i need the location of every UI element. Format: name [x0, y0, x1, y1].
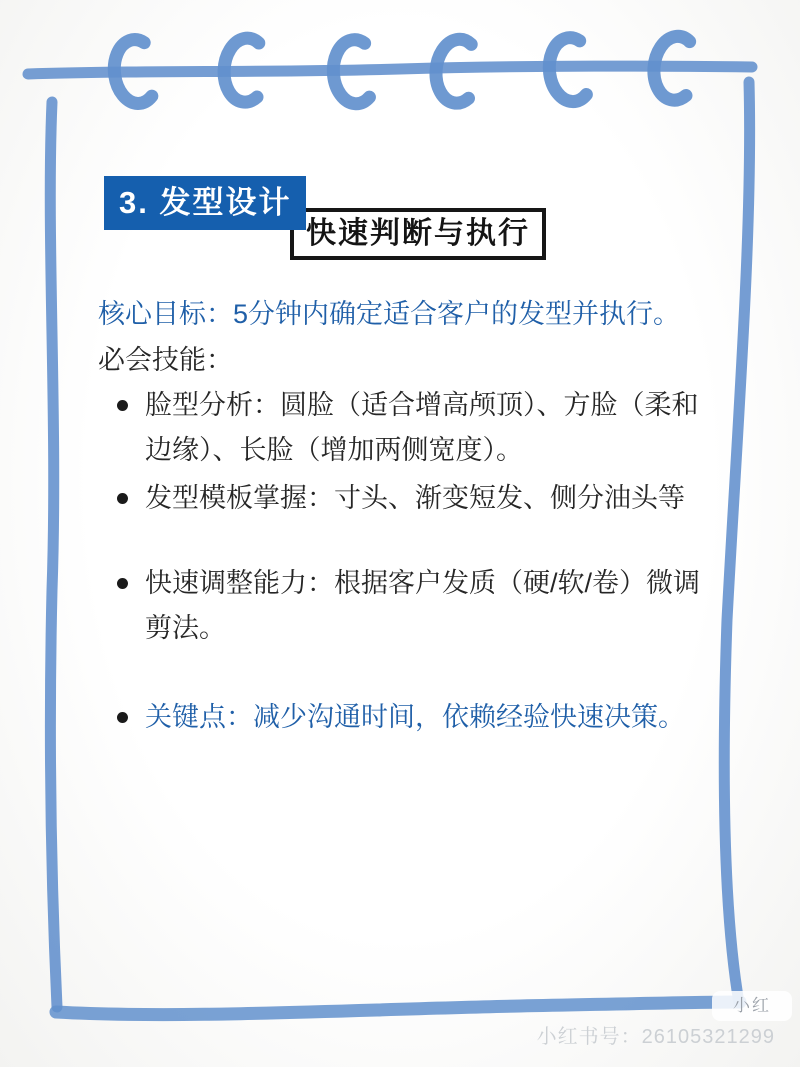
frame-right-border — [724, 82, 749, 1003]
core-goal-line: 核心目标：5分钟内确定适合客户的发型并执行。 — [98, 294, 680, 334]
section-title: 3. 发型设计 — [104, 176, 306, 230]
bullet-quick-adjustment: 快速调整能力：根据客户发质（硬/软/卷）微调剪法。 — [100, 561, 720, 651]
bullet-text: 脸型分析：圆脸（适合增高颅顶）、方脸（柔和边缘）、长脸（增加两侧宽度）。 — [145, 383, 720, 473]
frame-top-line — [28, 66, 752, 74]
bullet-text: 快速调整能力：根据客户发质（硬/软/卷）微调剪法。 — [145, 561, 720, 651]
bullet-dot-icon — [117, 493, 128, 504]
frame-bottom-border — [56, 1002, 740, 1015]
bullet-key-point: 关键点：减少沟通时间，依赖经验快速决策。 — [100, 695, 720, 740]
notebook-page: 3. 发型设计 快速判断与执行 核心目标：5分钟内确定适合客户的发型并执行。 必… — [0, 0, 800, 1067]
section-subtitle: 快速判断与执行 — [290, 208, 546, 260]
xiaohongshu-id-watermark: 小红书号：26105321299 — [537, 1020, 775, 1049]
hand-drawn-frame — [0, 0, 800, 1067]
bullet-text: 关键点：减少沟通时间，依赖经验快速决策。 — [145, 695, 685, 740]
bullet-face-shape-analysis: 脸型分析：圆脸（适合增高颅顶）、方脸（柔和边缘）、长脸（增加两侧宽度）。 — [100, 383, 720, 473]
bullet-hairstyle-templates: 发型模板掌握：寸头、渐变短发、侧分油头等 — [100, 476, 720, 521]
bullet-dot-icon — [117, 578, 128, 589]
bullet-text: 发型模板掌握：寸头、渐变短发、侧分油头等 — [145, 476, 685, 521]
bullet-dot-icon — [117, 712, 128, 723]
frame-left-border — [50, 102, 57, 1007]
xiaohongshu-logo-badge: 小红 — [712, 991, 792, 1021]
skills-heading: 必会技能： — [98, 340, 233, 380]
bullet-dot-icon — [117, 400, 128, 411]
